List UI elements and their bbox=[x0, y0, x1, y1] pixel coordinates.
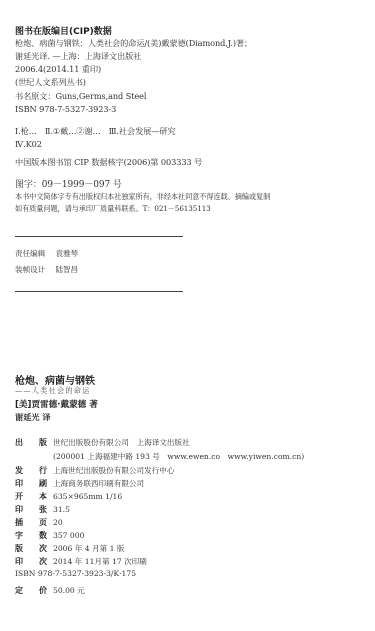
pub-row-format: 开本635×965mm 1/16 bbox=[15, 491, 122, 502]
book-title: 枪炮、病菌与钢铁 bbox=[15, 372, 95, 387]
staff-role: 责任编辑 bbox=[15, 249, 45, 258]
pub-row-price: 定价50.00 元 bbox=[15, 585, 85, 596]
staff-name: 袁雅琴 bbox=[55, 249, 78, 258]
book-subtitle: ——人类社会的命运 bbox=[15, 386, 91, 396]
cip-line: 书名原文：Guns,Germs,and Steel bbox=[15, 91, 146, 102]
pub-row-edition: 版次2006 年 4 月第 1 版 bbox=[15, 543, 124, 554]
book-translator: 谢延光 译 bbox=[15, 412, 51, 423]
staff-designer: 装帧设计陆智昌 bbox=[15, 264, 78, 275]
staff-role: 装帧设计 bbox=[15, 265, 45, 274]
pub-row-address: (200001 上海福建中路 193 号 www.ewen.co www.yiw… bbox=[15, 451, 304, 462]
pub-row-printing: 印次2014 年 11月第 17 次印刷 bbox=[15, 556, 147, 567]
cip-line: 谢延光译. —上海：上海译文出版社 bbox=[15, 51, 141, 62]
cip-classification: Ⅳ.K02 bbox=[15, 139, 42, 149]
pub-row-plates: 插页20 bbox=[15, 517, 63, 528]
pub-row-distributor: 发行上海世纪出版股份有限公司发行中心 bbox=[15, 465, 175, 476]
cip-line: (世纪人文系列丛书) bbox=[15, 77, 86, 88]
staff-name: 陆智昌 bbox=[55, 265, 78, 274]
rights-notice: 本书中文简体字专有出版权归本社独家所有，非经本社同意不得连载、摘编或复制 bbox=[15, 192, 270, 202]
cip-title: 图书在版编目(CIP)数据 bbox=[15, 24, 112, 37]
divider bbox=[15, 291, 183, 292]
pub-row-sheets: 印张31.5 bbox=[15, 504, 70, 515]
cip-isbn: ISBN 978-7-5327-3923-3 bbox=[15, 104, 116, 114]
book-author: [美]贾雷德·戴蒙德 著 bbox=[15, 398, 98, 410]
contract-number: 图字：09－1999－097 号 bbox=[15, 177, 122, 190]
cip-check-number: 中国版本图书馆 CIP 数据核字(2006)第 003333 号 bbox=[15, 157, 202, 168]
isbn-full: ISBN 978-7-5327-3923-3/K·175 bbox=[15, 569, 136, 578]
pub-row-wordcount: 字数357 000 bbox=[15, 530, 84, 541]
cip-line: 2006.4(2014.11 重印) bbox=[15, 64, 101, 75]
staff-editor: 责任编辑袁雅琴 bbox=[15, 248, 78, 259]
pub-row-printer: 印刷上海商务联西印刷有限公司 bbox=[15, 478, 144, 489]
cip-line: 枪炮、病菌与钢铁：人类社会的命运/(美)戴蒙德(Diamond,J.)著； bbox=[15, 38, 252, 49]
divider bbox=[15, 236, 183, 237]
pub-row-publisher: 出版世纪出版股份有限公司 上海译文出版社 bbox=[15, 437, 190, 448]
cip-classification: Ⅰ.枪… Ⅱ.①戴…②谢… Ⅲ.社会发展—研究 bbox=[15, 126, 176, 137]
rights-notice: 如有质量问题，请与承印厂质量科联系。T：021－56135113 bbox=[15, 204, 211, 214]
